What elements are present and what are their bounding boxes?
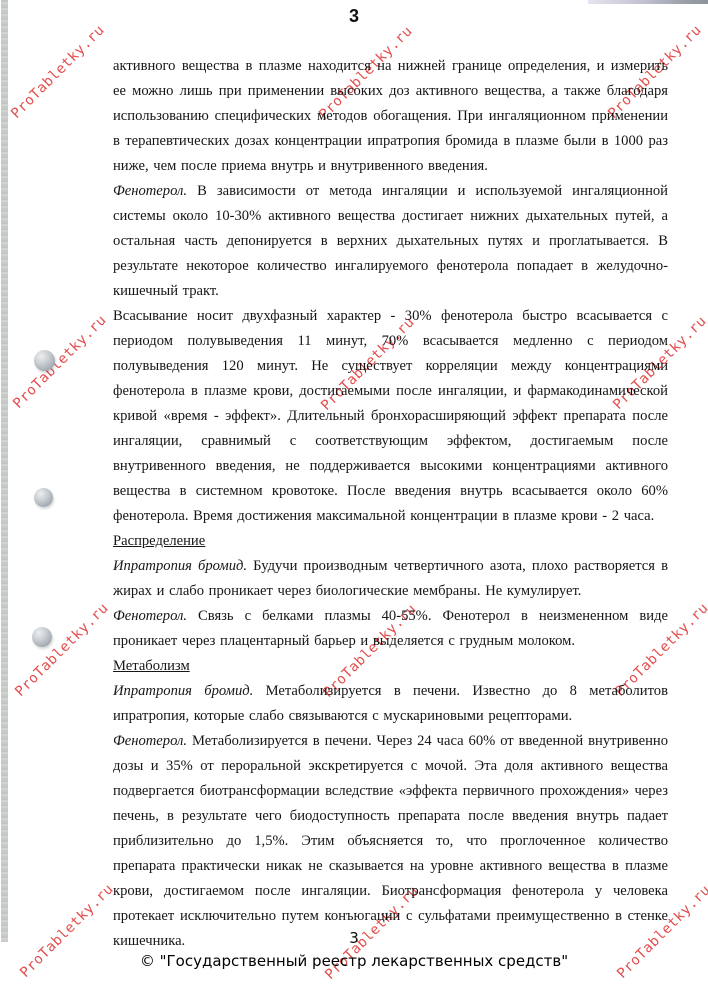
watermark-protabletky-ru: ProTabletky.ru: [12, 600, 112, 700]
scan-artifact-sphere: [32, 627, 52, 647]
scan-artifact-sphere: [34, 350, 55, 371]
watermark-protabletky-ru: ProTabletky.ru: [8, 22, 108, 122]
section-heading-label: Метаболизм: [113, 658, 190, 674]
paragraph: Ипратропия бромид. Метаболизируется в пе…: [113, 679, 668, 729]
page-number-top: 3: [0, 6, 708, 27]
document-body: активного вещества в плазме находится на…: [113, 54, 668, 954]
section-heading: Распределение: [113, 529, 668, 554]
paragraph: активного вещества в плазме находится на…: [113, 54, 668, 179]
paragraph: Фенотерол. В зависимости от метода ингал…: [113, 179, 668, 304]
drug-name-lead: Ипратропия бромид.: [113, 683, 253, 699]
drug-name-lead: Фенотерол.: [113, 733, 187, 749]
scan-edge-strip-top-right: [588, 0, 708, 4]
drug-name-lead: Фенотерол.: [113, 183, 187, 199]
scan-edge-strip-left: [1, 0, 8, 942]
drug-name-lead: Ипратропия бромид.: [113, 558, 247, 574]
watermark-protabletky-ru: ProTabletky.ru: [10, 312, 110, 412]
drug-name-lead: Фенотерол.: [113, 608, 187, 624]
section-heading: Метаболизм: [113, 654, 668, 679]
scanned-document-page: 3 активного вещества в плазме находится …: [0, 0, 708, 1000]
scan-artifact-sphere: [34, 488, 53, 507]
section-heading-label: Распределение: [113, 533, 205, 549]
paragraph: Ипратропия бромид. Будучи производным че…: [113, 554, 668, 604]
